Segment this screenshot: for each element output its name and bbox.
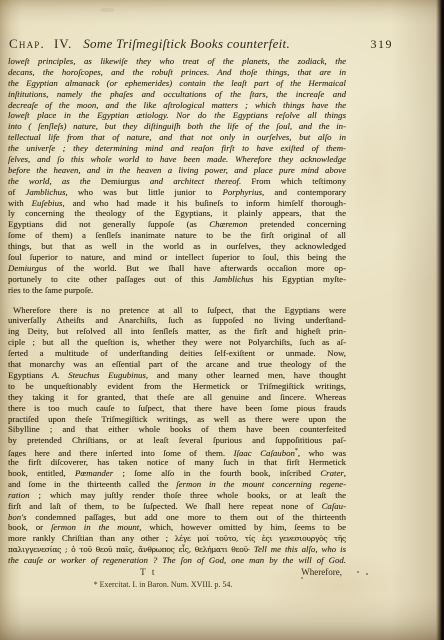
- text-segment: ſermon in the mount: [51, 522, 139, 532]
- text-segment: bon's: [8, 512, 27, 522]
- text-segment: παλιγγενεσίας ; ὁ τοῦ θεοῦ παῖς, ἄνθρωπο…: [8, 545, 250, 554]
- chapter-numeral: IV.: [54, 36, 72, 52]
- text-segment: his Egyptian myſte-: [253, 274, 346, 284]
- paper-smudge: [100, 8, 114, 12]
- text-line: the firſt diſcoverer, has taken notice o…: [8, 457, 346, 468]
- text-segment: ; ſome alſo in the fourth book, inſcribe…: [113, 468, 320, 478]
- text-line: book, entitled, Pœmander ; ſome alſo in …: [8, 468, 346, 479]
- text-segment: inſtitutions, namely the phaſes and occu…: [8, 89, 346, 99]
- text-segment: ſoul ſuperior to nature, and mind or int…: [8, 252, 346, 262]
- running-title: Some Triſmegiſtick Books counterfeit.: [83, 36, 290, 52]
- text-segment: Chæremon: [209, 219, 247, 229]
- text-segment: they taking it for granted, that theſe a…: [8, 392, 346, 402]
- text-segment: that monarchy was an eſſential part of t…: [8, 359, 346, 369]
- text-segment: Wherefore there is no pretence at all to…: [13, 305, 346, 315]
- text-segment: , and contemporary: [262, 187, 346, 197]
- text-segment: ſelves, and ſo this whole world to have …: [8, 154, 346, 164]
- text-segment: book, entitled,: [8, 468, 75, 478]
- running-header: Chap. IV. Some Triſmegiſtick Books count…: [9, 36, 393, 52]
- text-line: with Euſebius, and who had made it his b…: [8, 198, 346, 209]
- text-line: Egyptians did not generally ſuppoſe (as …: [8, 219, 346, 230]
- text-line: more rankly Chriſtian than any other ; λ…: [8, 533, 346, 544]
- text-segment: there is too much cauſe to ſuſpect, that…: [8, 403, 346, 413]
- text-segment: of: [8, 187, 25, 197]
- page-number: 319: [371, 37, 394, 52]
- text-line: Egyptians A. Steuchus Eugubinus, and man…: [8, 370, 346, 381]
- text-segment: Demiurgus: [8, 263, 47, 273]
- text-line: loweſt principles, as likewiſe they who …: [8, 56, 346, 67]
- text-segment: Pœmander: [75, 468, 113, 478]
- text-line: ſelves, and ſo this whole world to have …: [8, 154, 346, 165]
- text-segment: Tell me this alſo, who is: [250, 544, 346, 554]
- text-line: ſerted a multitude of underſtanding deit…: [8, 348, 346, 359]
- text-line: bon's condemned paſſages, but add one mo…: [8, 512, 346, 523]
- text-segment: Iſaac Caſaubon: [234, 448, 295, 457]
- text-line: and ſome in the thirteenth called the ſe…: [8, 479, 346, 490]
- text-segment: more rankly Chriſtian than any other ;: [8, 533, 175, 543]
- text-segment: the Egyptian almanack (or ephemerides) c…: [8, 78, 346, 88]
- text-segment: Demiurgus: [101, 176, 140, 186]
- text-line: before the heaven, and in the heaven a l…: [8, 165, 346, 176]
- text-segment: , and who had made it his buſineſs to in…: [62, 198, 346, 208]
- text-segment: λέγε μοί τοῦτο, τίς ἐςι γενεσιουργὸς τῆς: [175, 534, 346, 543]
- text-segment: condemned paſſages, but add one more to …: [27, 512, 346, 522]
- text-segment: ; which may juſtly render thoſe three wh…: [30, 490, 346, 500]
- text-segment: ries to the ſame purpoſe.: [8, 285, 93, 295]
- text-line: παλιγγενεσίας ; ὁ τοῦ θεοῦ παῖς, ἄνθρωπο…: [8, 544, 346, 555]
- text-line: Sibylline ; and that either whole books …: [8, 424, 346, 435]
- text-segment: ſages here and there inſerted into ſome …: [8, 448, 234, 457]
- text-segment: ſermon in the mount concerning regene-: [176, 479, 346, 489]
- text-line: things, but that as well in the world as…: [8, 241, 346, 252]
- text-line: ration ; which may juſtly render thoſe t…: [8, 490, 346, 501]
- footer-row: T t Wherefore,: [8, 567, 346, 578]
- text-line: ly concerning the theology of the Egypti…: [8, 208, 346, 219]
- text-block: loweſt principles, as likewiſe they who …: [8, 56, 346, 590]
- text-line: ſoul ſuperior to nature, and mind or int…: [8, 252, 346, 263]
- text-segment: Jamblichus: [25, 187, 65, 197]
- ink-speck: [357, 571, 359, 573]
- text-line: ing Deity, but reſolved all into ſenſleſ…: [8, 326, 346, 337]
- text-line: tellectual life from that of nature, and…: [8, 132, 346, 143]
- text-line: the univerſe ; they determining mind and…: [8, 143, 346, 154]
- text-segment: ſome of them) a ſenſleſs inanimate natur…: [8, 230, 346, 240]
- text-segment: univerſally Atheiſts and Anarchiſts, ſuc…: [8, 315, 346, 325]
- text-segment: pretended concerning: [248, 219, 346, 229]
- ink-speck: [366, 573, 368, 575]
- text-segment: portunely to cite other paſſages out of …: [8, 274, 213, 284]
- text-segment: , who was but little junior to: [66, 187, 223, 197]
- text-segment: , which, however omitted by him, ſeems t…: [139, 522, 346, 532]
- text-line: to be unqueſtionably evident from the He…: [8, 381, 346, 392]
- text-segment: the univerſe ; they determining mind and…: [8, 143, 346, 153]
- text-line: practiſed upon theſe Triſmegiſtick writi…: [8, 414, 346, 425]
- text-line: into ( ſenſleſs) nature, but they diſtin…: [8, 121, 346, 132]
- text-line: ſages here and there inſerted into ſome …: [8, 446, 346, 457]
- book-page: Chap. IV. Some Triſmegiſtick Books count…: [0, 0, 444, 640]
- text-line: ciple ; but all the queſtion is, whether…: [8, 337, 346, 348]
- text-segment: Sibylline ; and that either whole books …: [8, 424, 346, 434]
- text-segment: the world, as the: [8, 176, 101, 186]
- text-line: that monarchy was an eſſential part of t…: [8, 359, 346, 370]
- text-segment: and ſome in the thirteenth called the: [8, 479, 176, 489]
- text-segment: Egyptians did not generally ſuppoſe (as: [8, 219, 209, 229]
- text-line: there is too much cauſe to ſuſpect, that…: [8, 403, 346, 414]
- text-line: of Jamblichus, who was but little junior…: [8, 187, 346, 198]
- text-segment: Caſau-: [322, 501, 346, 511]
- text-segment: ciple ; but all the queſtion is, whether…: [8, 337, 346, 347]
- text-segment: ſerted a multitude of underſtanding deit…: [8, 348, 346, 358]
- text-segment: , and many other learned men, have thoug…: [146, 370, 346, 380]
- text-segment: loweſt principles, as likewiſe they who …: [8, 56, 346, 66]
- text-line: the world, as the Demiurgus and architec…: [8, 176, 346, 187]
- text-segment: Jamblichus: [213, 274, 253, 284]
- text-segment: Egyptians: [8, 370, 52, 380]
- text-segment: Crater: [320, 468, 343, 478]
- text-segment: A. Steuchus Eugubinus: [52, 370, 146, 380]
- text-segment: loweſt place in the Egyptian ætiology. N…: [8, 110, 346, 120]
- text-segment: the cauſe or worker of regeneration ? Th…: [8, 555, 346, 565]
- text-line: ſome of them) a ſenſleſs inanimate natur…: [8, 230, 346, 241]
- text-line: loweſt place in the Egyptian ætiology. N…: [8, 110, 346, 121]
- text-line: they taking it for granted, that theſe a…: [8, 392, 346, 403]
- text-segment: book, or: [8, 522, 51, 532]
- text-line: by pretended Chriſtians, or at leaſt ſev…: [8, 435, 346, 446]
- text-line: the cauſe or worker of regeneration ? Th…: [8, 555, 346, 566]
- text-segment: things, but that as well in the world as…: [8, 241, 346, 251]
- text-line: Demiurgus of the world. But we ſhall hav…: [8, 263, 346, 274]
- text-segment: the firſt diſcoverer, has taken notice o…: [8, 457, 346, 467]
- text-line: book, or ſermon in the mount, which, how…: [8, 522, 346, 533]
- text-segment: practiſed upon theſe Triſmegiſtick writi…: [8, 414, 346, 424]
- text-segment: firſt and laſt of them, to be ſuſpected.…: [8, 501, 322, 511]
- text-segment: by pretended Chriſtians, or at leaſt ſev…: [8, 435, 346, 445]
- text-segment: decans, the horoſcopes, and the robuſt p…: [8, 67, 346, 77]
- body-lines: loweſt principles, as likewiſe they who …: [8, 56, 346, 566]
- text-segment: to be unqueſtionably evident from the He…: [8, 381, 346, 391]
- text-segment: decreaſe of the moon, and the like aſtro…: [8, 100, 346, 110]
- text-line: decreaſe of the moon, and the like aſtro…: [8, 100, 346, 111]
- text-segment: before the heaven, and in the heaven a l…: [8, 165, 346, 175]
- text-segment: ration: [8, 490, 30, 500]
- chapter-label: Chap.: [9, 36, 45, 52]
- footnote: * Exercitat. I. in Baron. Num. XVIII. p.…: [0, 580, 332, 590]
- text-segment: of the world. But we ſhall have afterwar…: [47, 263, 346, 273]
- text-segment: Porphyrius: [222, 187, 262, 197]
- text-line: inſtitutions, namely the phaſes and occu…: [8, 89, 346, 100]
- text-segment: , who was: [298, 448, 346, 457]
- text-line: Wherefore there is no pretence at all to…: [8, 305, 346, 316]
- signature-mark: T t: [140, 568, 157, 579]
- catchword: Wherefore,: [301, 567, 342, 578]
- text-line: portunely to cite other paſſages out of …: [8, 274, 346, 285]
- text-line: decans, the horoſcopes, and the robuſt p…: [8, 67, 346, 78]
- text-line: the Egyptian almanack (or ephemerides) c…: [8, 78, 346, 89]
- text-segment: with: [8, 198, 32, 208]
- scan-edge-shadow: [436, 0, 444, 640]
- text-segment: ly concerning the theology of the Egypti…: [8, 208, 346, 218]
- text-segment: From which teſtimony: [241, 176, 346, 186]
- text-line: firſt and laſt of them, to be ſuſpected.…: [8, 501, 346, 512]
- text-segment: Euſebius: [32, 198, 63, 208]
- text-segment: tellectual life from that of nature, and…: [8, 132, 346, 142]
- text-segment: ,: [344, 468, 346, 478]
- text-segment: ing Deity, but reſolved all into ſenſleſ…: [8, 326, 346, 336]
- text-segment: and architect thereof.: [140, 176, 241, 186]
- text-segment: into ( ſenſleſs) nature, but they diſtin…: [8, 121, 346, 131]
- text-line: ries to the ſame purpoſe.: [8, 285, 346, 296]
- text-line: univerſally Atheiſts and Anarchiſts, ſuc…: [8, 315, 346, 326]
